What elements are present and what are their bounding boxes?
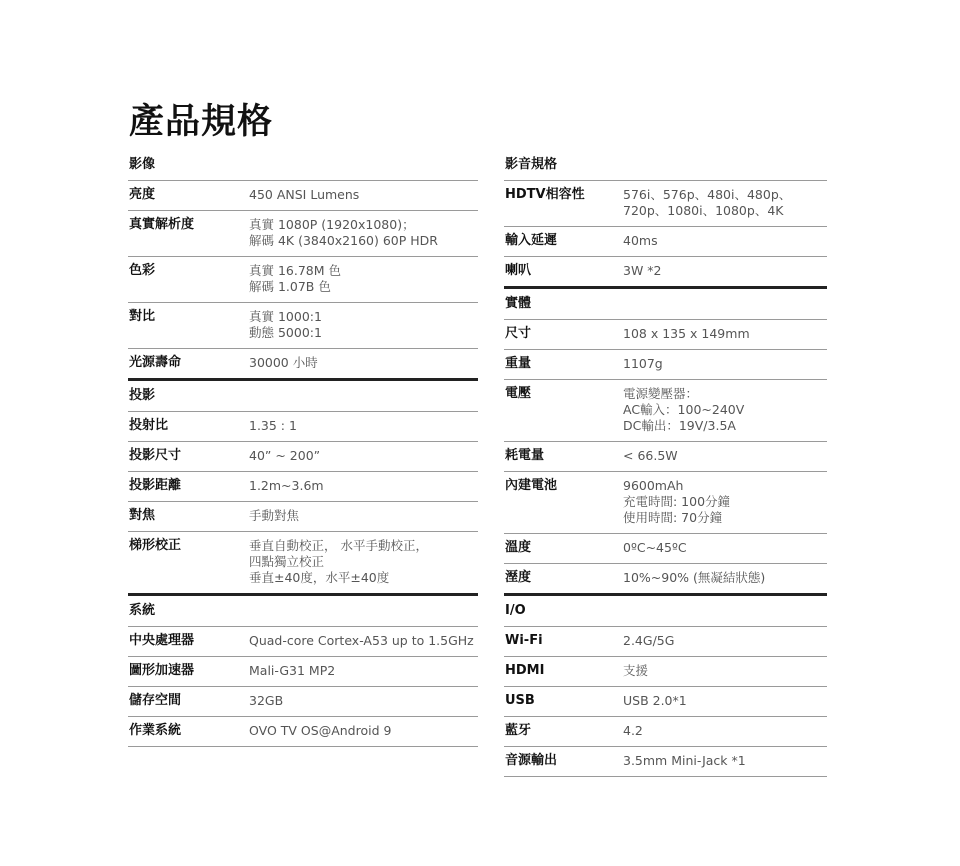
spec-row: HDMI支援 [504,656,827,686]
spec-row: 重量1107g [504,349,827,379]
page-title: 產品規格 [129,94,273,144]
spec-value: 40ms [623,233,658,249]
spec-label: 喇叭 [504,263,623,279]
spec-row: 光源壽命30000 小時 [128,348,478,378]
spec-value: 手動對焦 [249,508,299,524]
spec-row: 對比真實 1000:1 動態 5000:1 [128,302,478,348]
spec-value: Quad-core Cortex-A53 up to 1.5GHz [249,633,474,649]
spec-label: 藍牙 [504,723,623,739]
spec-label: HDTV相容性 [504,187,623,219]
spec-row: HDTV相容性576i、576p、480i、480p、 720p、1080i、1… [504,180,827,226]
spec-value: 576i、576p、480i、480p、 720p、1080i、1080p、4K [623,187,791,219]
spec-section: 影像亮度450 ANSI Lumens真實解析度真實 1080P (1920x1… [128,150,478,378]
spec-value: 垂直自動校正， 水平手動校正， 四點獨立校正 垂直±40度，水平±40度 [249,538,428,586]
spec-row: 真實解析度真實 1080P (1920x1080)； 解碼 4K (3840x2… [128,210,478,256]
spec-value: 1.35 : 1 [249,418,297,434]
spec-label: 對比 [128,309,249,341]
spec-value: 3.5mm Mini-Jack *1 [623,753,746,769]
spec-value: 真實 1000:1 動態 5000:1 [249,309,322,341]
divider [504,776,827,777]
spec-label: Wi-Fi [504,633,623,649]
spec-value: 9600mAh 充電時間: 100分鐘 使用時間: 70分鐘 [623,478,730,526]
spec-value: 真實 16.78M 色 解碼 1.07B 色 [249,263,341,295]
spec-row: 作業系統OVO TV OS@Android 9 [128,716,478,746]
spec-row: 音源輸出3.5mm Mini-Jack *1 [504,746,827,776]
section-heading: I/O [504,596,827,626]
spec-row: 圖形加速器Mali-G31 MP2 [128,656,478,686]
spec-label: 音源輸出 [504,753,623,769]
spec-label: 作業系統 [128,723,249,739]
spec-value: 2.4G/5G [623,633,674,649]
spec-label: 溼度 [504,570,623,586]
spec-value: < 66.5W [623,448,678,464]
spec-value: 4.2 [623,723,643,739]
spec-label: 內建電池 [504,478,623,526]
spec-value: 3W *2 [623,263,662,279]
spec-value: 支援 [623,663,648,679]
spec-label: 對焦 [128,508,249,524]
spec-row: 內建電池9600mAh 充電時間: 100分鐘 使用時間: 70分鐘 [504,471,827,533]
spec-label: 電壓 [504,386,623,434]
spec-row: 亮度450 ANSI Lumens [128,180,478,210]
spec-row: USBUSB 2.0*1 [504,686,827,716]
left-spec-column: 影像亮度450 ANSI Lumens真實解析度真實 1080P (1920x1… [128,150,478,747]
section-heading: 影像 [128,150,478,180]
spec-label: USB [504,693,623,709]
spec-label: 圖形加速器 [128,663,249,679]
spec-value: 30000 小時 [249,355,318,371]
spec-section: I/OWi-Fi2.4G/5GHDMI支援USBUSB 2.0*1藍牙4.2音源… [504,593,827,776]
spec-value: Mali-G31 MP2 [249,663,335,679]
spec-value: 10%~90% (無凝結狀態) [623,570,765,586]
spec-value: 1.2m~3.6m [249,478,324,494]
spec-row: 儲存空間32GB [128,686,478,716]
spec-value: USB 2.0*1 [623,693,687,709]
spec-label: 重量 [504,356,623,372]
spec-value: 電源變壓器： AC輸入：100~240V DC輸出：19V/3.5A [623,386,744,434]
right-spec-column: 影音規格HDTV相容性576i、576p、480i、480p、 720p、108… [504,150,827,777]
spec-row: 電壓電源變壓器： AC輸入：100~240V DC輸出：19V/3.5A [504,379,827,441]
spec-row: 尺寸108 x 135 x 149mm [504,319,827,349]
spec-label: 輸入延遲 [504,233,623,249]
spec-section: 實體尺寸108 x 135 x 149mm重量1107g電壓電源變壓器： AC輸… [504,286,827,593]
spec-row: 色彩真實 16.78M 色 解碼 1.07B 色 [128,256,478,302]
spec-label: 投射比 [128,418,249,434]
spec-row: 藍牙4.2 [504,716,827,746]
spec-label: 色彩 [128,263,249,295]
spec-value: 0ºC~45ºC [623,540,687,556]
spec-section: 影音規格HDTV相容性576i、576p、480i、480p、 720p、108… [504,150,827,286]
spec-row: 溫度0ºC~45ºC [504,533,827,563]
spec-value: 108 x 135 x 149mm [623,326,750,342]
spec-row: 耗電量< 66.5W [504,441,827,471]
spec-label: 溫度 [504,540,623,556]
spec-label: 中央處理器 [128,633,249,649]
spec-label: 投影尺寸 [128,448,249,464]
spec-value: 真實 1080P (1920x1080)； 解碼 4K (3840x2160) … [249,217,438,249]
spec-section: 系統中央處理器Quad-core Cortex-A53 up to 1.5GHz… [128,593,478,746]
spec-label: 尺寸 [504,326,623,342]
spec-row: 對焦手動對焦 [128,501,478,531]
section-heading: 實體 [504,289,827,319]
spec-label: 儲存空間 [128,693,249,709]
spec-value: 1107g [623,356,663,372]
section-heading: 影音規格 [504,150,827,180]
spec-row: 投影距離1.2m~3.6m [128,471,478,501]
spec-label: 真實解析度 [128,217,249,249]
spec-value: 32GB [249,693,283,709]
spec-value: 40” ~ 200” [249,448,320,464]
section-heading: 投影 [128,381,478,411]
spec-value: OVO TV OS@Android 9 [249,723,391,739]
spec-label: 亮度 [128,187,249,203]
spec-section: 投影投射比1.35 : 1投影尺寸40” ~ 200”投影距離1.2m~3.6m… [128,378,478,593]
spec-row: 梯形校正垂直自動校正， 水平手動校正， 四點獨立校正 垂直±40度，水平±40度 [128,531,478,593]
spec-value: 450 ANSI Lumens [249,187,359,203]
spec-label: 梯形校正 [128,538,249,586]
spec-label: 光源壽命 [128,355,249,371]
divider [128,746,478,747]
spec-row: Wi-Fi2.4G/5G [504,626,827,656]
spec-label: 投影距離 [128,478,249,494]
spec-row: 中央處理器Quad-core Cortex-A53 up to 1.5GHz [128,626,478,656]
spec-row: 輸入延遲40ms [504,226,827,256]
section-heading: 系統 [128,596,478,626]
spec-label: 耗電量 [504,448,623,464]
spec-row: 喇叭3W *2 [504,256,827,286]
spec-row: 溼度10%~90% (無凝結狀態) [504,563,827,593]
spec-label: HDMI [504,663,623,679]
spec-row: 投影尺寸40” ~ 200” [128,441,478,471]
spec-row: 投射比1.35 : 1 [128,411,478,441]
